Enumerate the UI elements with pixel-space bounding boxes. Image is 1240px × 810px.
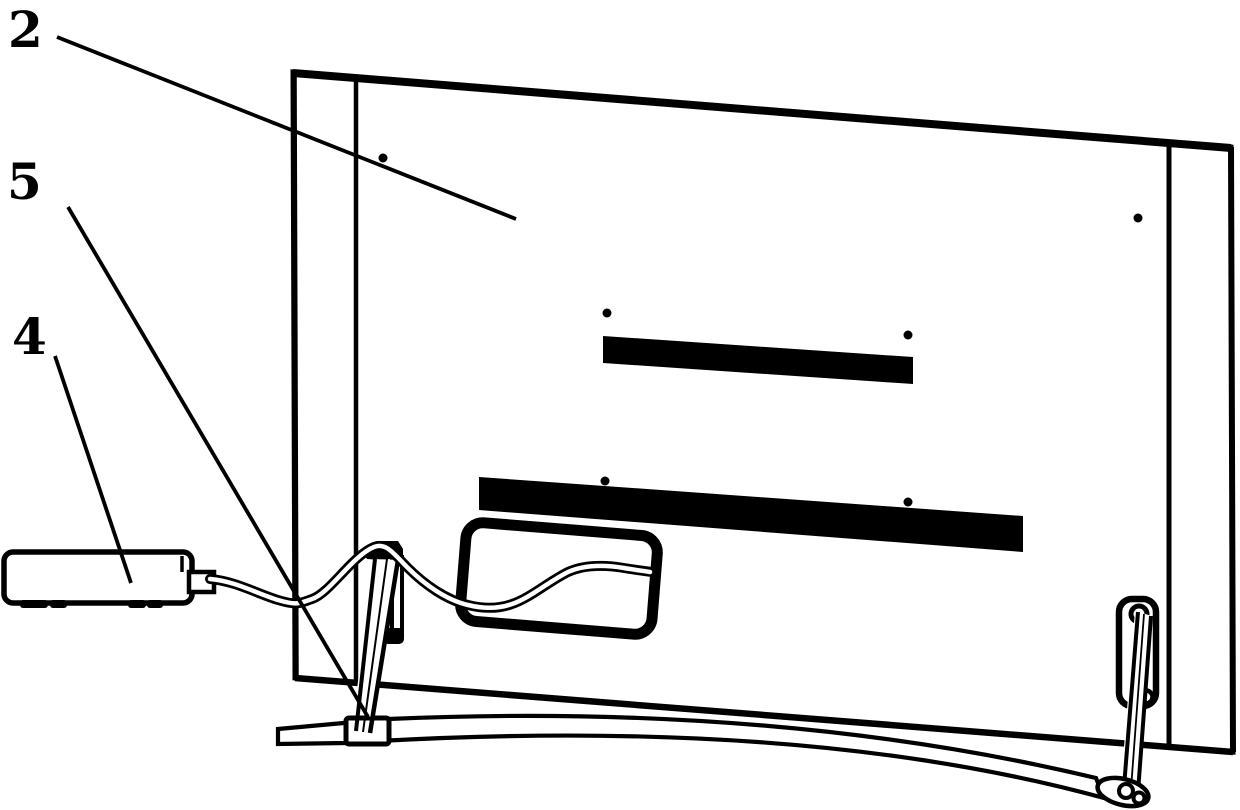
- screw-dots: [379, 154, 1143, 507]
- leader-lines: [55, 37, 516, 717]
- line-drawing-canvas: 2 5 4: [0, 0, 1240, 810]
- leader-line-4: [55, 356, 131, 583]
- screw-dot: [603, 309, 612, 318]
- ref-label-5: 5: [7, 152, 42, 211]
- patent-figure: 2 5 4: [0, 0, 1240, 810]
- adapter-box: [4, 552, 214, 608]
- leader-line-2: [57, 37, 516, 219]
- screw-dot: [904, 331, 913, 340]
- adapter-foot: [147, 600, 163, 608]
- panel-right-edge: [1231, 147, 1233, 752]
- right-foot-hinge: [1134, 793, 1145, 804]
- screw-dot: [904, 498, 913, 507]
- stand-base-bar: [278, 716, 1104, 798]
- ref-label-4: 4: [12, 307, 47, 366]
- panel-outline: [293, 72, 1233, 752]
- adapter-foot: [20, 600, 48, 608]
- panel-left-edge: [294, 72, 296, 678]
- screw-dot: [379, 154, 388, 163]
- lower-mounting-bar: [479, 477, 1023, 552]
- adapter-box-body: [4, 552, 192, 603]
- ref-label-2: 2: [8, 0, 43, 59]
- screw-dot: [1134, 214, 1143, 223]
- adapter-foot: [128, 600, 146, 608]
- upper-mounting-bar: [603, 336, 913, 384]
- screw-dot: [601, 477, 610, 486]
- power-cable: [210, 546, 652, 608]
- left-leg-foot: [346, 718, 389, 744]
- tv-back-panel: [293, 72, 1233, 752]
- cable-core: [210, 546, 650, 608]
- panel-top-edge: [293, 73, 1231, 148]
- right-stand-leg: [1095, 599, 1156, 810]
- leader-line-5: [68, 207, 368, 717]
- right-foot-hinge: [1119, 784, 1133, 798]
- adapter-foot: [50, 600, 67, 608]
